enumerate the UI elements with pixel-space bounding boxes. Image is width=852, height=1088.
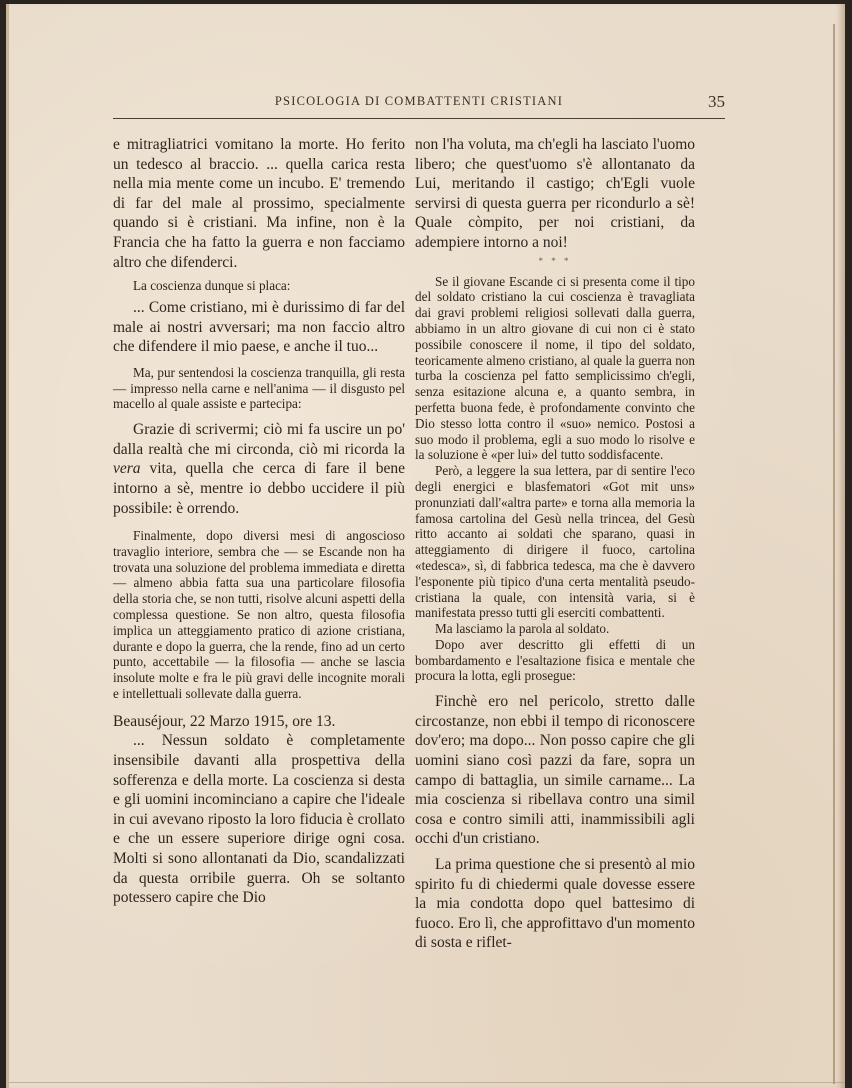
commentary-paragraph: Dopo aver descritto gli effetti di un bo… — [415, 637, 695, 684]
commentary-paragraph: Però, a leggere la sua lettera, par di s… — [415, 463, 695, 621]
emphasis-vera: vera — [113, 460, 141, 477]
letter-quote-continued: non l'ha voluta, ma ch'egli ha lasciato … — [415, 135, 695, 253]
letter-quote: ... Nessun soldato è completamente insen… — [113, 731, 405, 907]
header-rule — [113, 118, 725, 119]
letter-quote: Finchè ero nel pericolo, stretto dalle c… — [415, 692, 695, 849]
letter-dateline: Beauséjour, 22 Marzo 1915, ore 13. — [113, 712, 405, 732]
running-header: PSICOLOGIA DI COMBATTENTI CRISTIANI 35 — [113, 94, 725, 116]
page-edge-shadow — [833, 24, 835, 1084]
running-title: PSICOLOGIA DI COMBATTENTI CRISTIANI — [113, 94, 725, 109]
letter-quote: La prima questione che si presentò al mi… — [415, 855, 695, 953]
page-number: 35 — [708, 92, 725, 112]
commentary-paragraph: Se il giovane Escande ci si presenta com… — [415, 274, 695, 464]
section-break-asterisks: * * * — [415, 256, 695, 266]
commentary-paragraph: Ma lasciamo la parola al soldato. — [415, 621, 695, 637]
commentary-paragraph: La coscienza dunque si placa: — [113, 278, 405, 294]
bottom-edge-line — [9, 1082, 845, 1083]
left-column: e mitragliatrici vomitano la morte. Ho f… — [113, 135, 405, 908]
letter-quote: ... Come cristiano, mi è durissimo di fa… — [113, 298, 405, 357]
commentary-paragraph: Finalmente, dopo diversi mesi di angosci… — [113, 528, 405, 702]
commentary-paragraph: Ma, pur sentendosi la coscienza tranquil… — [113, 365, 405, 412]
letter-excerpt-continued: e mitragliatrici vomitano la morte. Ho f… — [113, 135, 405, 272]
book-page: PSICOLOGIA DI COMBATTENTI CRISTIANI 35 e… — [6, 4, 845, 1088]
letter-quote: Grazie di scrivermi; ciò mi fa uscire un… — [113, 420, 405, 518]
right-column: non l'ha voluta, ma ch'egli ha lasciato … — [415, 135, 695, 953]
